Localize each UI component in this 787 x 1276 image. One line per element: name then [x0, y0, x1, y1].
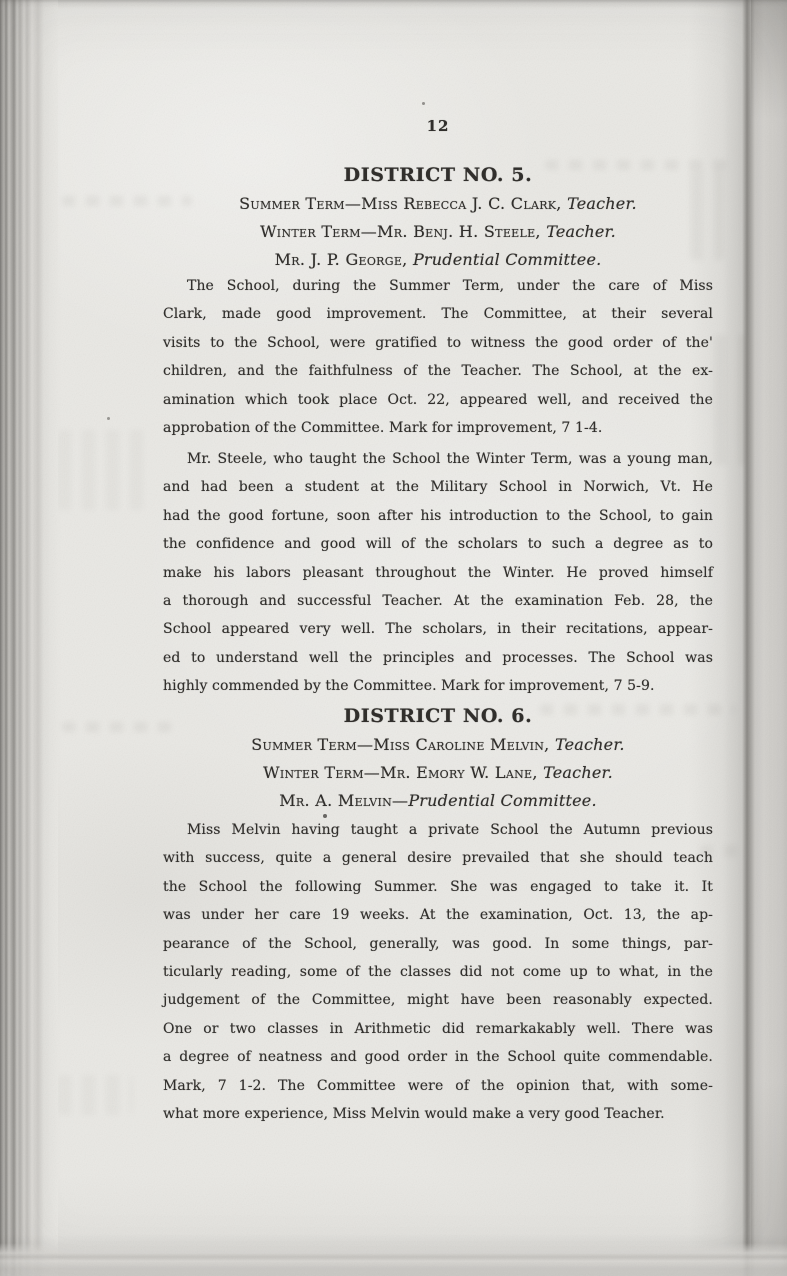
officer-name: Mr. J. P. George, — [275, 250, 413, 269]
text-line: was under her care 19 weeks. At the exam… — [163, 901, 713, 929]
paragraph: The School, during the Summer Term, unde… — [163, 272, 713, 442]
officer-title: Teacher. — [555, 735, 625, 754]
officer-line-summer-term: Summer Term—Miss Rebecca J. C. Clark, Te… — [163, 190, 713, 218]
text-line: One or two classes in Arithmetic did rem… — [163, 1015, 713, 1043]
book-binding-edge — [0, 0, 58, 1276]
text-line: visits to the School, were gratified to … — [163, 329, 713, 357]
page-showthrough — [58, 430, 148, 510]
district-5-heading: DISTRICT NO. 5. — [163, 161, 713, 190]
scanned-book-page: 12 DISTRICT NO. 5. Summer Term—Miss Rebe… — [0, 0, 787, 1276]
paragraph: Miss Melvin having taught a private Scho… — [163, 816, 713, 1128]
ink-speck — [422, 102, 425, 105]
page-edge-shade — [751, 0, 787, 1276]
text-line: a degree of neatness and good order in t… — [163, 1043, 713, 1071]
text-line: a thorough and successful Teacher. At th… — [163, 587, 713, 615]
officer-title: Prudential Committee. — [408, 791, 596, 810]
text-line: make his labors pleasant throughout the … — [163, 559, 713, 587]
text-line: ed to understand well the principles and… — [163, 644, 713, 672]
text-line: highly commended by the Committee. Mark … — [163, 672, 713, 700]
text-line: Clark, made good improvement. The Commit… — [163, 300, 713, 328]
text-line: Miss Melvin having taught a private Scho… — [163, 816, 713, 844]
text-line: The School, during the Summer Term, unde… — [163, 272, 713, 300]
text-line: School appeared very well. The scholars,… — [163, 615, 713, 643]
ink-speck — [107, 417, 110, 420]
text-line: Mark, 7 1-2. The Committee were of the o… — [163, 1072, 713, 1100]
text-line: the School the following Summer. She was… — [163, 873, 713, 901]
district-5-officers: Summer Term—Miss Rebecca J. C. Clark, Te… — [163, 190, 713, 275]
officer-line-winter-term: Winter Term—Mr. Emory W. Lane, Teacher. — [163, 759, 713, 787]
text-line: ticularly reading, some of the classes d… — [163, 958, 713, 986]
officer-title: Teacher. — [546, 222, 616, 241]
text-line: and had been a student at the Military S… — [163, 473, 713, 501]
page-showthrough — [62, 722, 172, 732]
text-line: with success, quite a general desire pre… — [163, 844, 713, 872]
page-showthrough — [58, 1075, 133, 1115]
text-line: approbation of the Committee. Mark for i… — [163, 414, 713, 442]
text-line: amination which took place Oct. 22, appe… — [163, 386, 713, 414]
district-6-officers: Summer Term—Miss Caroline Melvin, Teache… — [163, 731, 713, 816]
page-text-block: DISTRICT NO. 5. Summer Term—Miss Rebecca… — [163, 0, 713, 1276]
page-showthrough — [714, 335, 754, 465]
officer-name: Summer Term—Miss Rebecca J. C. Clark, — [239, 194, 567, 213]
text-line: the confidence and good will of the scho… — [163, 530, 713, 558]
officer-name: Winter Term—Mr. Benj. H. Steele, — [260, 222, 546, 241]
text-line: what more experience, Miss Melvin would … — [163, 1100, 713, 1128]
officer-title: Prudential Committee. — [413, 250, 601, 269]
officer-line-winter-term: Winter Term—Mr. Benj. H. Steele, Teacher… — [163, 218, 713, 246]
text-line: Mr. Steele, who taught the School the Wi… — [163, 445, 713, 473]
officer-name: Mr. A. Melvin— — [279, 791, 408, 810]
text-line: had the good fortune, soon after his int… — [163, 502, 713, 530]
district-6-heading: DISTRICT NO. 6. — [163, 702, 713, 731]
officer-line-summer-term: Summer Term—Miss Caroline Melvin, Teache… — [163, 731, 713, 759]
text-line: judgement of the Committee, might have b… — [163, 986, 713, 1014]
text-line: children, and the faithfulness of the Te… — [163, 357, 713, 385]
text-line: pearance of the School, generally, was g… — [163, 930, 713, 958]
officer-line-prudential-committee: Mr. J. P. George, Prudential Committee. — [163, 246, 713, 274]
officer-title: Teacher. — [543, 763, 613, 782]
ink-speck — [323, 814, 327, 818]
officer-name: Summer Term—Miss Caroline Melvin, — [251, 735, 555, 754]
paragraph: Mr. Steele, who taught the School the Wi… — [163, 445, 713, 701]
officer-title: Teacher. — [567, 194, 637, 213]
officer-line-prudential-committee: Mr. A. Melvin—Prudential Committee. — [163, 787, 713, 815]
officer-name: Winter Term—Mr. Emory W. Lane, — [263, 763, 543, 782]
